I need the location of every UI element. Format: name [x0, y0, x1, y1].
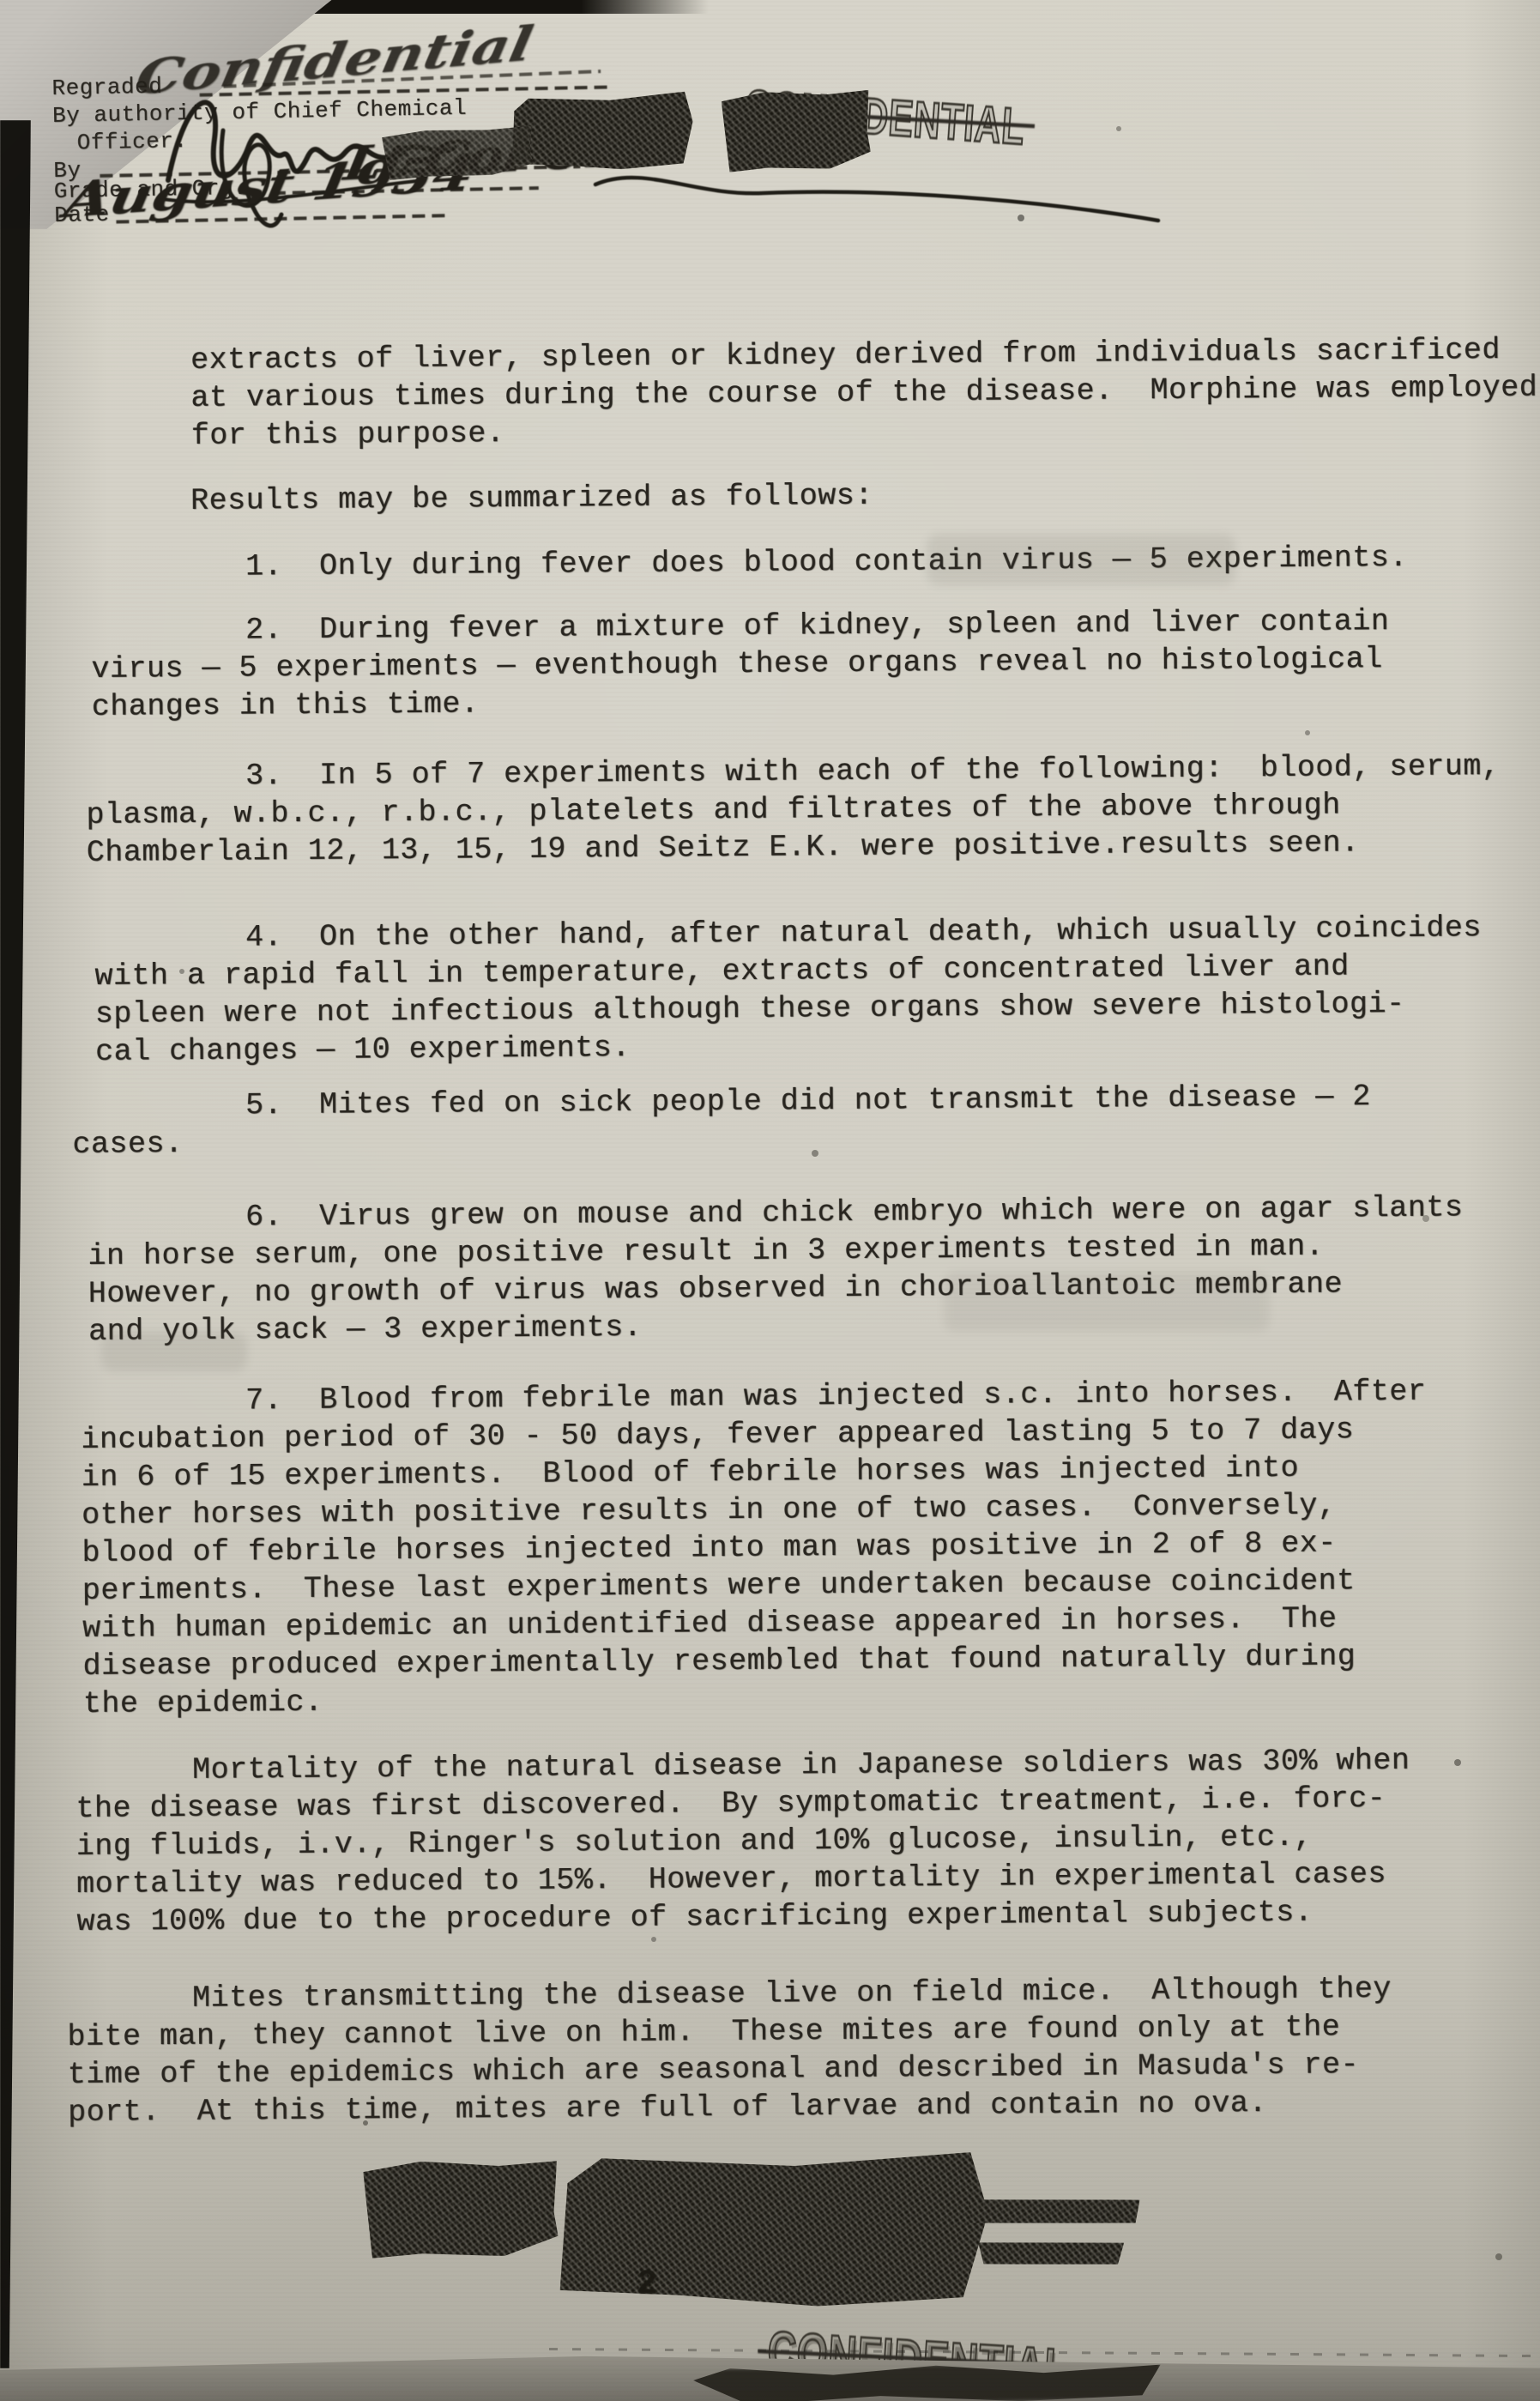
bleed-through-smudge — [101, 1332, 247, 1371]
redaction-block — [721, 88, 871, 172]
redaction-block — [978, 2241, 1124, 2267]
redaction-block — [559, 2152, 989, 2308]
scan-left-edge — [0, 120, 31, 2368]
finding-item-4: 4. On the other hand, after natural deat… — [94, 909, 1483, 1071]
finding-item-2: 2. During fever a mixture of kidney, spl… — [91, 602, 1390, 726]
mites-paragraph: Mites transmitting the disease live on f… — [67, 1970, 1392, 2132]
paper-specks — [0, 0, 3, 3]
results-heading: Results may be summarized as follows: — [190, 477, 873, 520]
bleed-through-smudge — [927, 534, 1235, 585]
document-page: Regraded By authority of Chief Chemical … — [0, 0, 1540, 2401]
grade-flourish-scrawl — [592, 159, 1175, 236]
finding-item-3: 3. In 5 of 7 experiments with each of th… — [86, 747, 1501, 872]
bleed-through-smudge — [944, 1272, 1270, 1332]
page-number: 2 — [637, 2265, 657, 2304]
redaction-block — [363, 2159, 559, 2259]
redaction-block — [967, 2194, 1139, 2229]
finding-item-7: 7. Blood from febrile man was injected s… — [81, 1373, 1428, 1723]
intro-paragraph: extracts of liver, spleen or kidney deri… — [190, 331, 1538, 455]
redaction-block — [510, 91, 695, 172]
mortality-paragraph: Mortality of the natural disease in Japa… — [75, 1742, 1411, 1941]
finding-item-5: 5. Mites fed on sick people did not tran… — [72, 1078, 1371, 1164]
